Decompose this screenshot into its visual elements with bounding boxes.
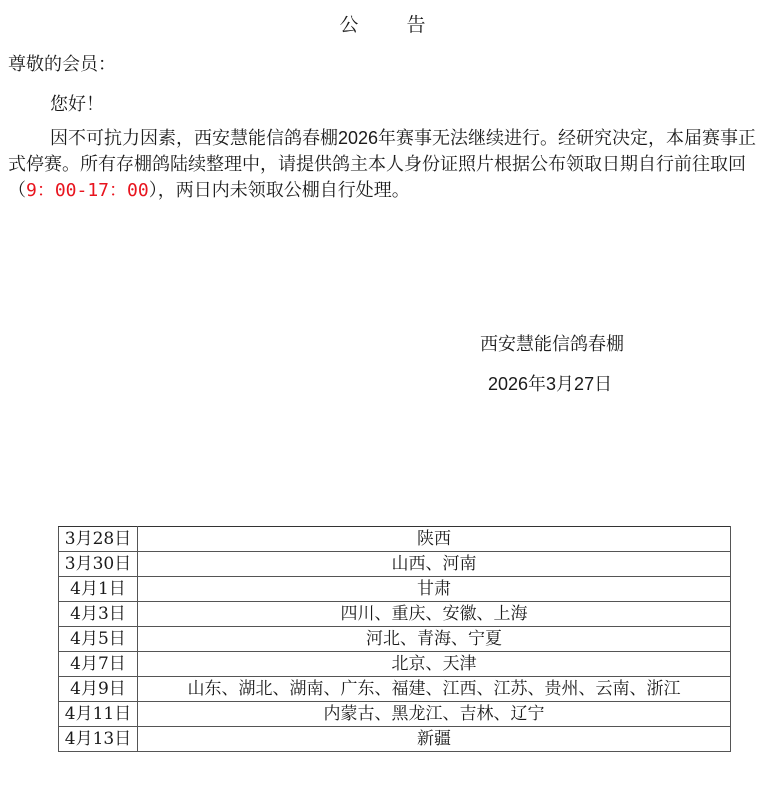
table-row: 4月9日山东、湖北、湖南、广东、福建、江西、江苏、贵州、云南、浙江 (59, 677, 731, 702)
salutation: 尊敬的会员： (8, 50, 116, 76)
regions-cell: 内蒙古、黑龙江、吉林、辽宁 (138, 702, 731, 727)
date-cell: 4月11日 (59, 702, 138, 727)
table-row: 4月5日河北、青海、宁夏 (59, 627, 731, 652)
signature-organization: 西安慧能信鸽春棚 (480, 330, 624, 356)
table-row: 4月7日北京、天津 (59, 652, 731, 677)
pickup-schedule-table: 3月28日陕西 3月30日山西、河南 4月1日甘肃 4月3日四川、重庆、安徽、上… (58, 526, 731, 752)
table-row: 4月11日内蒙古、黑龙江、吉林、辽宁 (59, 702, 731, 727)
pickup-hours: 9：00-17：00 (26, 180, 149, 201)
greeting: 您好！ (50, 90, 104, 116)
signature-date: 2026年3月27日 (488, 370, 612, 396)
date-cell: 4月5日 (59, 627, 138, 652)
date-cell: 4月13日 (59, 727, 138, 752)
table-row: 3月28日陕西 (59, 527, 731, 552)
date-cell: 4月1日 (59, 577, 138, 602)
title-char-1: 公 (339, 14, 358, 36)
table-row: 4月13日新疆 (59, 727, 731, 752)
regions-cell: 山西、河南 (138, 552, 731, 577)
notice-title: 公告 (0, 10, 765, 37)
regions-cell: 新疆 (138, 727, 731, 752)
date-cell: 4月9日 (59, 677, 138, 702)
regions-cell: 山东、湖北、湖南、广东、福建、江西、江苏、贵州、云南、浙江 (138, 677, 731, 702)
regions-cell: 陕西 (138, 527, 731, 552)
date-cell: 4月3日 (59, 602, 138, 627)
body-text-3: ），两日内未领取公棚自行处理。 (149, 180, 410, 201)
date-cell: 4月7日 (59, 652, 138, 677)
body-text-1: 因不可抗力因素，西安慧能信鸽春棚 (50, 128, 338, 149)
table-row: 3月30日山西、河南 (59, 552, 731, 577)
date-cell: 3月28日 (59, 527, 138, 552)
body-year: 2026 (338, 128, 378, 148)
regions-cell: 甘肃 (138, 577, 731, 602)
notice-body: 因不可抗力因素，西安慧能信鸽春棚2026年赛事无法继续进行。经研究决定，本届赛事… (8, 125, 758, 204)
table-row: 4月3日四川、重庆、安徽、上海 (59, 602, 731, 627)
regions-cell: 四川、重庆、安徽、上海 (138, 602, 731, 627)
title-char-2: 告 (407, 14, 426, 36)
date-cell: 3月30日 (59, 552, 138, 577)
table-row: 4月1日甘肃 (59, 577, 731, 602)
regions-cell: 北京、天津 (138, 652, 731, 677)
regions-cell: 河北、青海、宁夏 (138, 627, 731, 652)
